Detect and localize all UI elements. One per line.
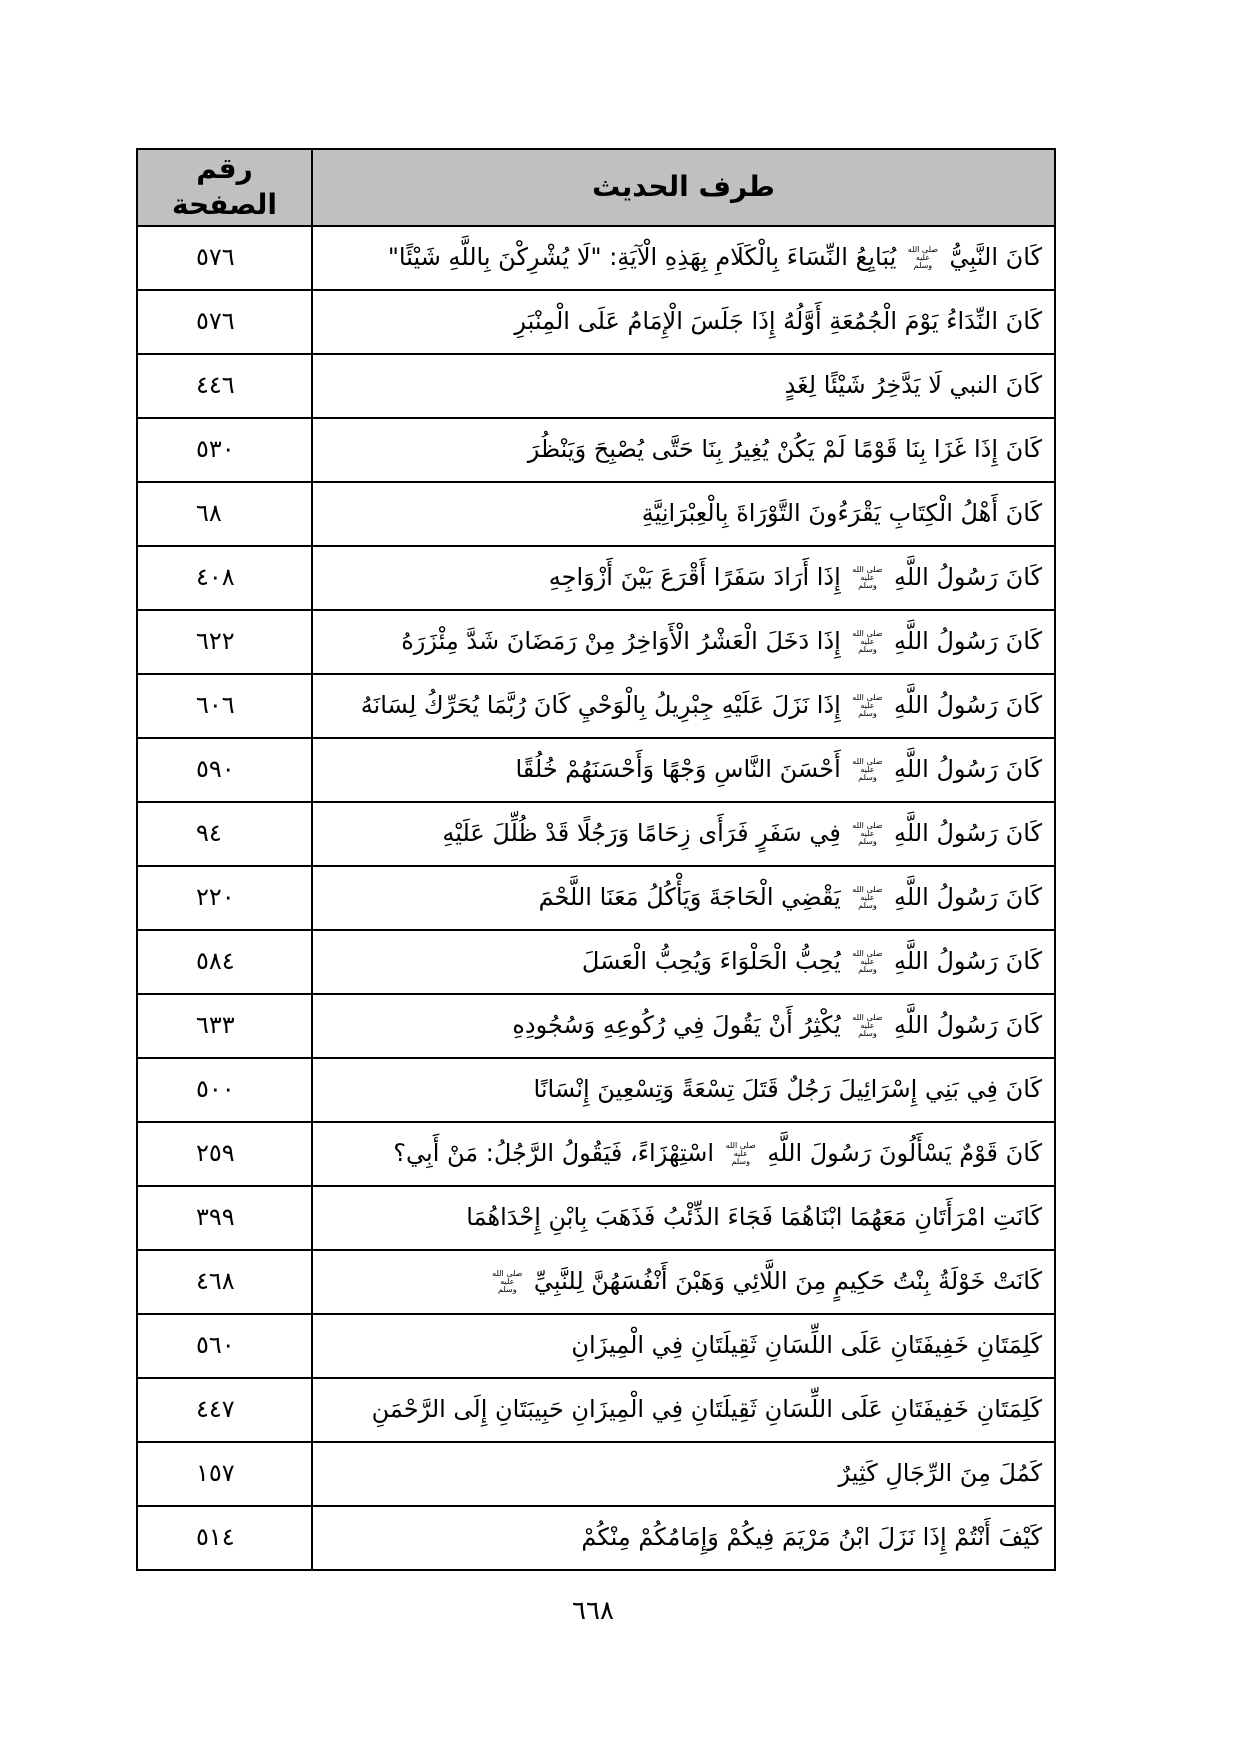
column-header-hadith: طرف الحديث — [312, 149, 1055, 226]
hadith-text-cell: كَانَ رَسُولُ اللَّهِ صلى الله عليه وسلم… — [312, 866, 1055, 930]
page-number-cell: ٥١٤ — [137, 1506, 312, 1570]
saw-honorific-ligature: صلى الله عليه وسلم — [850, 758, 884, 782]
hadith-text-cell: كَانَتِ امْرَأَتَانِ مَعَهُمَا ابْنَاهُم… — [312, 1186, 1055, 1250]
page-number-cell: ٦٨ — [137, 482, 312, 546]
page-number-cell: ٥٩٠ — [137, 738, 312, 802]
page-number-cell: ٥٧٦ — [137, 226, 312, 290]
saw-honorific-ligature: صلى الله عليه وسلم — [850, 886, 884, 910]
saw-honorific-ligature: صلى الله عليه وسلم — [850, 950, 884, 974]
hadith-text-cell: كَانَ رَسُولُ اللَّهِ صلى الله عليه وسلم… — [312, 994, 1055, 1058]
hadith-text-cell: كَيْفَ أَنْتُمْ إِذَا نَزَلَ ابْنُ مَرْي… — [312, 1506, 1055, 1570]
hadith-text-cell: كَانَ النَّبِيُّ صلى الله عليه وسلم يُبَ… — [312, 226, 1055, 290]
saw-honorific-ligature: صلى الله عليه وسلم — [906, 246, 940, 270]
hadith-text-cell: كَمُلَ مِنَ الرِّجَالِ كَثِيرٌ — [312, 1442, 1055, 1506]
table-row: ٥٩٠كَانَ رَسُولُ اللَّهِ صلى الله عليه و… — [137, 738, 1055, 802]
table-row: ١٥٧كَمُلَ مِنَ الرِّجَالِ كَثِيرٌ — [137, 1442, 1055, 1506]
page-number-cell: ٥٣٠ — [137, 418, 312, 482]
page-number-cell: ٥٠٠ — [137, 1058, 312, 1122]
table-row: ٥٣٠كَانَ إِذَا غَزَا بِنَا قَوْمًا لَمْ … — [137, 418, 1055, 482]
page-number-cell: ٤٦٨ — [137, 1250, 312, 1314]
hadith-text-cell: كَلِمَتَانِ خَفِيفَتَانِ عَلَى اللِّسَان… — [312, 1314, 1055, 1378]
table-row: ٥١٤كَيْفَ أَنْتُمْ إِذَا نَزَلَ ابْنُ مَ… — [137, 1506, 1055, 1570]
hadith-text-cell: كَانَ إِذَا غَزَا بِنَا قَوْمًا لَمْ يَك… — [312, 418, 1055, 482]
table-row: ٥٧٦كَانَ النَّبِيُّ صلى الله عليه وسلم ي… — [137, 226, 1055, 290]
hadith-index-table: رقم الصفحة طرف الحديث ٥٧٦كَانَ النَّبِيُ… — [136, 148, 1056, 1571]
page-number-cell: ٩٤ — [137, 802, 312, 866]
table-row: ٤٤٧كَلِمَتَانِ خَفِيفَتَانِ عَلَى اللِّس… — [137, 1378, 1055, 1442]
hadith-text-cell: كَانَ رَسُولُ اللَّهِ صلى الله عليه وسلم… — [312, 546, 1055, 610]
page-number-cell: ٥٨٤ — [137, 930, 312, 994]
page-number-cell: ٢٥٩ — [137, 1122, 312, 1186]
page-number-cell: ٦٣٣ — [137, 994, 312, 1058]
table-row: ٥٧٦كَانَ النِّدَاءُ يَوْمَ الْجُمُعَةِ أ… — [137, 290, 1055, 354]
table-row: ٢٢٠كَانَ رَسُولُ اللَّهِ صلى الله عليه و… — [137, 866, 1055, 930]
page-number-cell: ٤٤٦ — [137, 354, 312, 418]
table-row: ٥٠٠كَانَ فِي بَنِي إِسْرَائِيلَ رَجُلٌ ق… — [137, 1058, 1055, 1122]
footer-page-number: ٦٦٨ — [136, 1596, 1050, 1626]
hadith-text-cell: كَانَ رَسُولُ اللَّهِ صلى الله عليه وسلم… — [312, 674, 1055, 738]
table-row: ٥٦٠كَلِمَتَانِ خَفِيفَتَانِ عَلَى اللِّس… — [137, 1314, 1055, 1378]
table-row: ٩٤كَانَ رَسُولُ اللَّهِ صلى الله عليه وس… — [137, 802, 1055, 866]
page-number-cell: ١٥٧ — [137, 1442, 312, 1506]
saw-honorific-ligature: صلى الله عليه وسلم — [850, 694, 884, 718]
saw-honorific-ligature: صلى الله عليه وسلم — [850, 630, 884, 654]
page-number-cell: ٦٢٢ — [137, 610, 312, 674]
hadith-table-body: ٥٧٦كَانَ النَّبِيُّ صلى الله عليه وسلم ي… — [137, 226, 1055, 1570]
table-row: ٦٣٣كَانَ رَسُولُ اللَّهِ صلى الله عليه و… — [137, 994, 1055, 1058]
saw-honorific-ligature: صلى الله عليه وسلم — [490, 1270, 524, 1294]
saw-honorific-ligature: صلى الله عليه وسلم — [724, 1142, 758, 1166]
table-header-row: رقم الصفحة طرف الحديث — [137, 149, 1055, 226]
hadith-text-cell: كَانَ رَسُولُ اللَّهِ صلى الله عليه وسلم… — [312, 930, 1055, 994]
saw-honorific-ligature: صلى الله عليه وسلم — [850, 822, 884, 846]
column-header-page-number: رقم الصفحة — [137, 149, 312, 226]
table-row: ٥٨٤كَانَ رَسُولُ اللَّهِ صلى الله عليه و… — [137, 930, 1055, 994]
table-row: ٢٥٩كَانَ قَوْمٌ يَسْأَلُونَ رَسُولَ اللَ… — [137, 1122, 1055, 1186]
page-number-cell: ٥٦٠ — [137, 1314, 312, 1378]
hadith-text-cell: كَانَ النِّدَاءُ يَوْمَ الْجُمُعَةِ أَوَ… — [312, 290, 1055, 354]
page-number-cell: ٤٤٧ — [137, 1378, 312, 1442]
saw-honorific-ligature: صلى الله عليه وسلم — [850, 566, 884, 590]
book-page: رقم الصفحة طرف الحديث ٥٧٦كَانَ النَّبِيُ… — [0, 0, 1240, 1754]
table-row: ٦٢٢كَانَ رَسُولُ اللَّهِ صلى الله عليه و… — [137, 610, 1055, 674]
hadith-text-cell: كَانَ رَسُولُ اللَّهِ صلى الله عليه وسلم… — [312, 610, 1055, 674]
page-number-cell: ٥٧٦ — [137, 290, 312, 354]
hadith-text-cell: كَانَ رَسُولُ اللَّهِ صلى الله عليه وسلم… — [312, 738, 1055, 802]
table-row: ٦٨كَانَ أَهْلُ الْكِتَابِ يَقْرَءُونَ ال… — [137, 482, 1055, 546]
table-row: ٣٩٩كَانَتِ امْرَأَتَانِ مَعَهُمَا ابْنَا… — [137, 1186, 1055, 1250]
hadith-text-cell: كَانَ قَوْمٌ يَسْأَلُونَ رَسُولَ اللَّهِ… — [312, 1122, 1055, 1186]
hadith-text-cell: كَانَ فِي بَنِي إِسْرَائِيلَ رَجُلٌ قَتَ… — [312, 1058, 1055, 1122]
page-number-cell: ٤٠٨ — [137, 546, 312, 610]
table-row: ٤٠٨كَانَ رَسُولُ اللَّهِ صلى الله عليه و… — [137, 546, 1055, 610]
hadith-text-cell: كَانَ رَسُولُ اللَّهِ صلى الله عليه وسلم… — [312, 802, 1055, 866]
page-number-cell: ٦٠٦ — [137, 674, 312, 738]
table-row: ٦٠٦كَانَ رَسُولُ اللَّهِ صلى الله عليه و… — [137, 674, 1055, 738]
table-row: ٤٤٦كَانَ النبي لَا يَدَّخِرُ شَيْئًا لِغ… — [137, 354, 1055, 418]
hadith-text-cell: كَلِمَتَانِ خَفِيفَتَانِ عَلَى اللِّسَان… — [312, 1378, 1055, 1442]
hadith-text-cell: كَانَتْ خَوْلَةُ بِنْتُ حَكِيمٍ مِنَ الل… — [312, 1250, 1055, 1314]
page-number-cell: ٢٢٠ — [137, 866, 312, 930]
hadith-text-cell: كَانَ أَهْلُ الْكِتَابِ يَقْرَءُونَ التَ… — [312, 482, 1055, 546]
saw-honorific-ligature: صلى الله عليه وسلم — [850, 1014, 884, 1038]
page-number-cell: ٣٩٩ — [137, 1186, 312, 1250]
hadith-text-cell: كَانَ النبي لَا يَدَّخِرُ شَيْئًا لِغَدٍ — [312, 354, 1055, 418]
table-row: ٤٦٨كَانَتْ خَوْلَةُ بِنْتُ حَكِيمٍ مِنَ … — [137, 1250, 1055, 1314]
